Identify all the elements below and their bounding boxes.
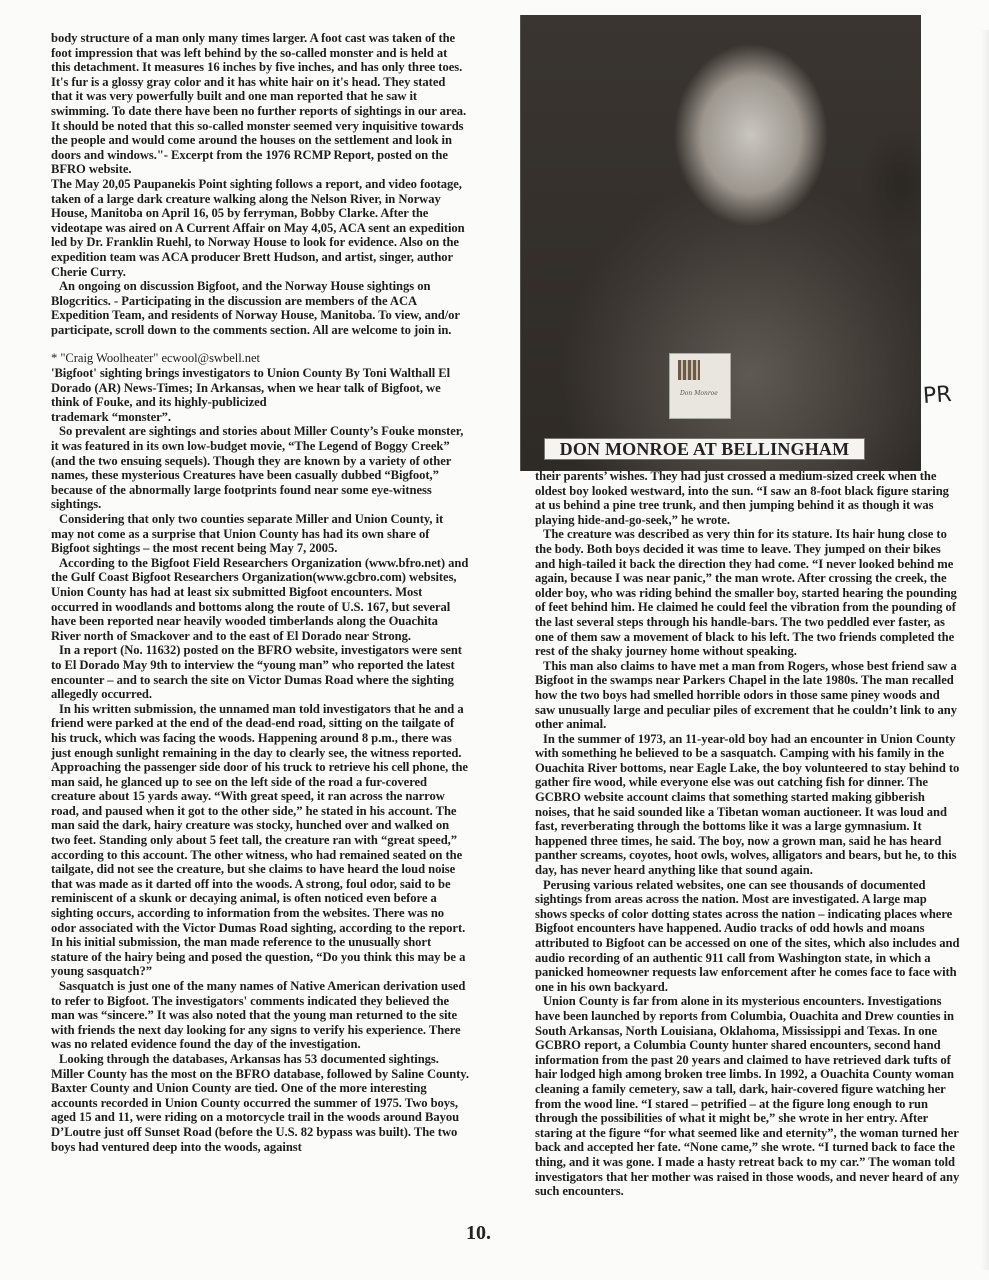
paragraph-rcmp-excerpt: body structure of a man only many times …: [51, 31, 469, 177]
name-badge: Don Monroe: [669, 353, 731, 419]
badge-name-text: Don Monroe: [680, 390, 718, 397]
spacer: [51, 337, 469, 351]
paragraph-bfro-gcbro: According to the Bigfoot Field Researche…: [51, 556, 469, 644]
right-column: their parents’ wishes. They had just cro…: [535, 469, 961, 1199]
paragraph-fouke-monster: So prevalent are sightings and stories a…: [51, 424, 469, 512]
paragraph-blogcritics-discussion: An ongoing on discussion Bigfoot, and th…: [51, 279, 469, 337]
paragraph-rogers-man: This man also claims to have met a man f…: [535, 659, 961, 732]
paragraph-arkansas-databases: Looking through the databases, Arkansas …: [51, 1052, 469, 1154]
paragraph-creature-thin: The creature was described as very thin …: [535, 527, 961, 658]
paragraph-sasquatch-derivation: Sasquatch is just one of the many names …: [51, 979, 469, 1052]
photo-don-monroe: Don Monroe: [520, 15, 921, 471]
paragraph-two-counties: Considering that only two counties separ…: [51, 512, 469, 556]
paragraph-perusing-websites: Perusing various related websites, one c…: [535, 878, 961, 995]
scan-edge-shadow: [981, 30, 989, 1270]
author-credit: * "Craig Woolheater" ecwool@swbell.net: [51, 351, 469, 366]
paragraph-report-11632: In a report (No. 11632) posted on the BF…: [51, 643, 469, 701]
paragraph-paupanekis-sighting: The May 20,05 Paupanekis Point sighting …: [51, 177, 469, 279]
paragraph-parents-wishes: their parents’ wishes. They had just cro…: [535, 469, 961, 527]
page-number: 10.: [466, 1222, 491, 1245]
paragraph-summer-1973: In the summer of 1973, an 11-year-old bo…: [535, 732, 961, 878]
badge-logo: [678, 360, 700, 380]
paragraph-written-submission: In his written submission, the unnamed m…: [51, 702, 469, 979]
paragraph-union-county-not-alone: Union County is far from alone in its my…: [535, 994, 961, 1198]
article-headline-union-county: 'Bigfoot' sighting brings investigators …: [51, 366, 469, 410]
paragraph-trademark-monster: trademark “monster”.: [51, 410, 469, 425]
handwritten-initials: PR: [922, 382, 952, 409]
left-column: body structure of a man only many times …: [51, 31, 469, 1154]
photo-caption: DON MONROE AT BELLINGHAM: [544, 438, 865, 460]
